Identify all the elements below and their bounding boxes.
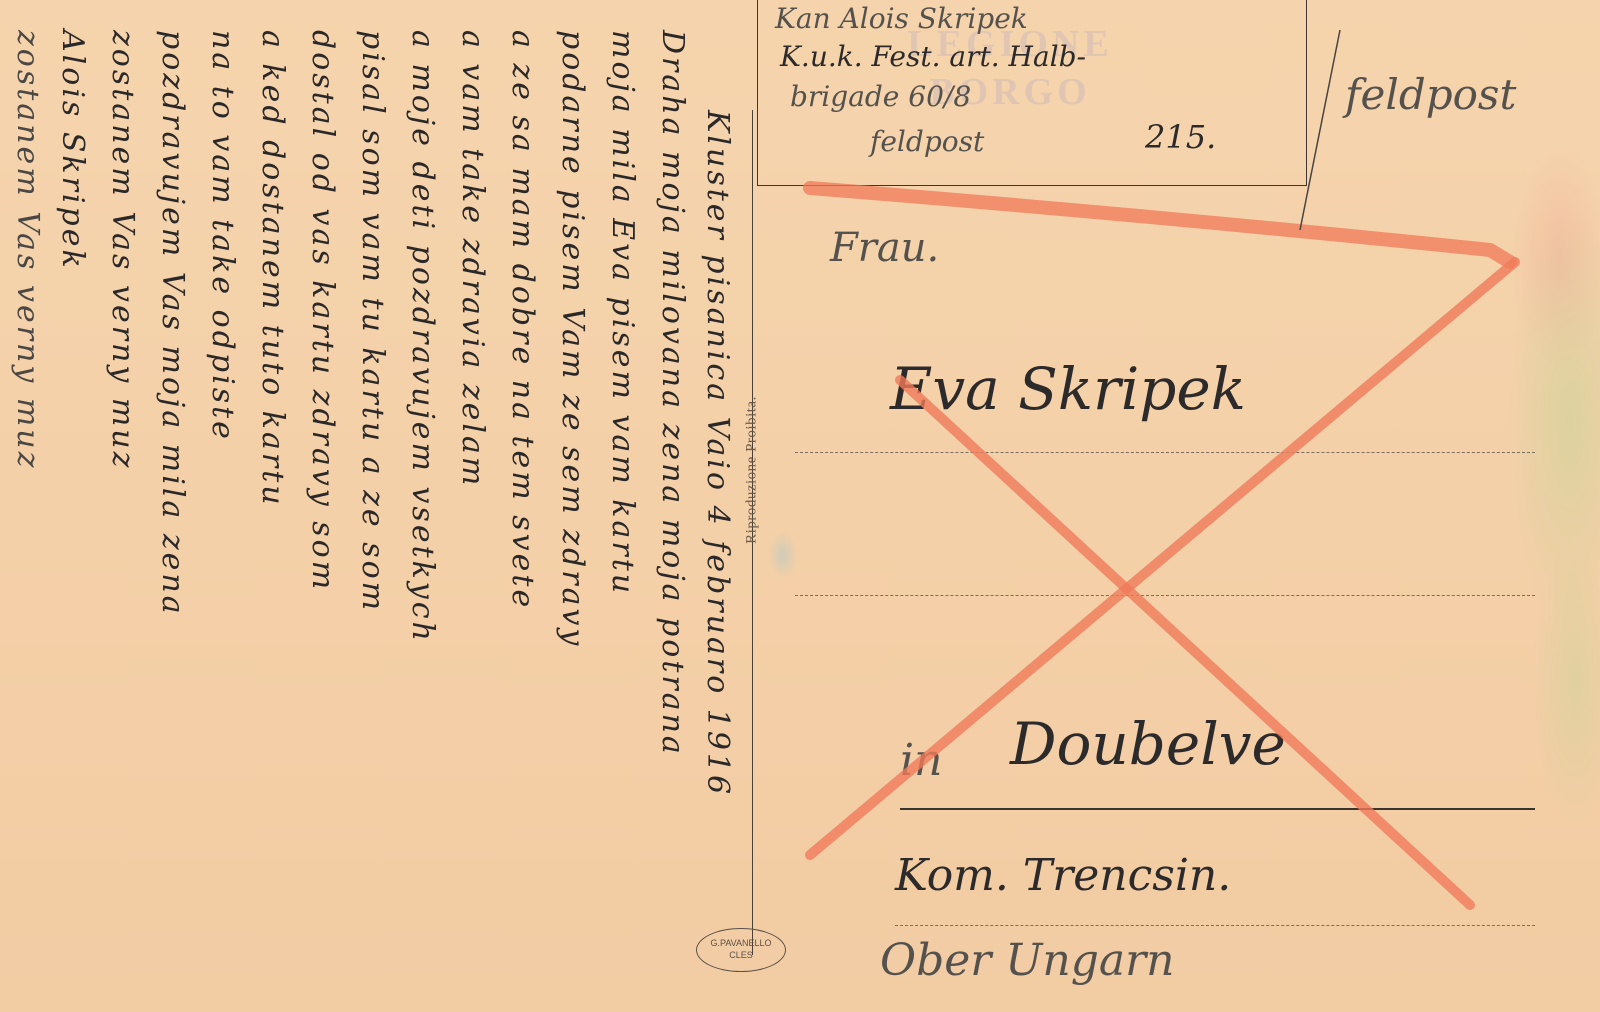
address-line-1 — [795, 452, 1535, 453]
message-line: a moje deti pozdravujem vsetkych — [405, 30, 440, 644]
recipient-region: Ober Ungarn — [880, 935, 1175, 986]
message-line: zostanem Vas verny muz — [10, 30, 45, 470]
sender-feldpost-label: feldpost — [870, 125, 984, 158]
sender-brigade: brigade 60/8 — [790, 80, 971, 113]
sender-name: Kan Alois Skripek — [775, 2, 1028, 35]
recipient-name: Eva Skripek — [890, 355, 1246, 423]
publisher-name: G.PAVANELLO — [697, 937, 785, 949]
address-line-3 — [900, 808, 1535, 810]
reproduction-notice: Riproduzione Proibita. — [744, 396, 761, 544]
publisher-stamp: G.PAVANELLO CLES — [696, 928, 786, 972]
message-line: pisal som vam tu kartu a ze som — [355, 30, 390, 613]
recipient-town: Doubelve — [1010, 710, 1286, 778]
message-area: Kluster pisanica Vaio 4 februaro 1916 Dr… — [0, 0, 740, 1012]
address-line-2 — [795, 595, 1535, 596]
red-crayon-stroke-diagonal-2 — [900, 380, 1470, 905]
message-line: zostanem Vas verny muz — [105, 30, 140, 470]
message-line: Alois Skripek — [55, 30, 90, 271]
postcard: LEGIONEBORGO Kluster pisanica Vaio 4 feb… — [0, 0, 1600, 1012]
sender-feldpost-number: 215. — [1145, 118, 1216, 156]
message-line: a ked dostanem tuto kartu — [255, 30, 290, 508]
feldpost-note: feldpost — [1345, 70, 1516, 119]
publisher-city: CLES — [697, 949, 785, 961]
message-line: pozdravujem Vas moja mila zena — [155, 30, 190, 617]
sender-unit: K.u.k. Fest. art. Halb- — [780, 40, 1086, 73]
message-line: moja mila Eva pisem vam kartu — [605, 30, 640, 596]
recipient-salutation: Frau. — [830, 225, 939, 271]
message-line: podarne pisem Vam ze sem zdravy — [555, 30, 590, 648]
message-line: a ze sa mam dobre na tem svete — [505, 30, 540, 610]
message-line: Draha moja milovana zena moja potrana — [655, 30, 690, 757]
address-line-4 — [895, 925, 1535, 926]
message-line: a vam take zdravia zelam — [455, 30, 490, 488]
town-prefix: in — [900, 735, 942, 786]
message-line: dostal od vas kartu zdravy som — [305, 30, 340, 592]
recipient-county: Kom. Trencsin. — [895, 850, 1231, 901]
message-line: Kluster pisanica Vaio 4 februaro 1916 — [700, 110, 735, 797]
message-line: na to vam take odpiste — [205, 30, 240, 442]
